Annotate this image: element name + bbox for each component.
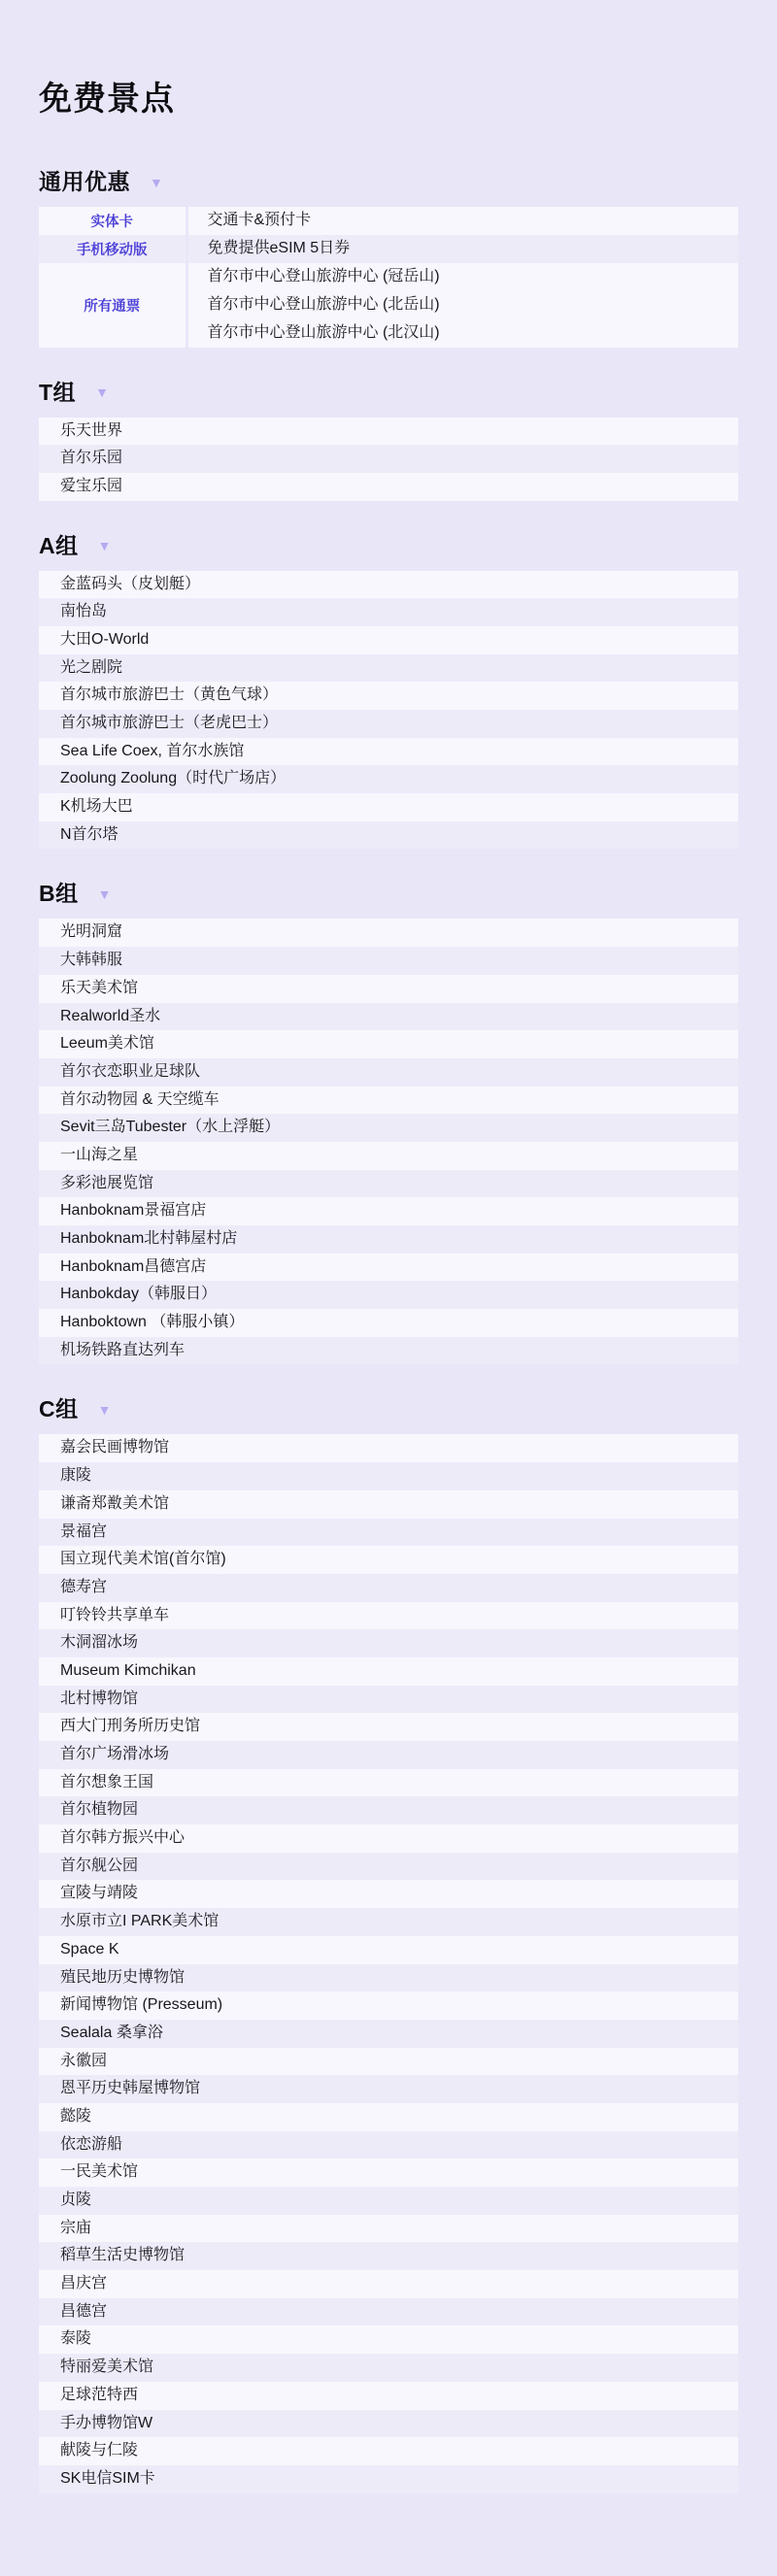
group-title-t: T组 [39, 375, 76, 407]
list-item: 景福宫 [39, 1519, 738, 1547]
benefits-table-row: 所有通票首尔市中心登山旅游中心 (冠岳山)首尔市中心登山旅游中心 (北岳山)首尔… [39, 263, 738, 348]
list-item: 北村博物馆 [39, 1686, 738, 1714]
list-item: Hanbokday（韩服日） [39, 1281, 738, 1309]
list-item: 首尔城市旅游巴士（黄色气球） [39, 682, 738, 710]
list-item: 恩平历史韩屋博物馆 [39, 2075, 738, 2103]
list-item: 光之剧院 [39, 654, 738, 683]
list-item: 首尔韩方振兴中心 [39, 1824, 738, 1853]
list-item: 叮铃铃共享单车 [39, 1602, 738, 1630]
list-item: 大田O-World [39, 626, 738, 654]
list-item: 宣陵与靖陵 [39, 1880, 738, 1908]
benefits-value-line: 首尔市中心登山旅游中心 (冠岳山) [208, 263, 739, 291]
group-title-a: A组 [39, 528, 79, 560]
section-group-b: B组▼光明洞窟大韩韩服乐天美术馆Realworld圣水Leeum美术馆首尔衣恋职… [39, 876, 738, 1364]
group-header-c[interactable]: C组▼ [39, 1391, 738, 1423]
list-item: Zoolung Zoolung（时代广场店） [39, 765, 738, 793]
section-group-c: C组▼嘉会民画博物馆康陵谦斋郑敾美术馆景福宫国立现代美术馆(首尔馆)德寿宫叮铃铃… [39, 1391, 738, 2492]
list-item: K机场大巴 [39, 793, 738, 821]
list-item: 首尔舰公园 [39, 1853, 738, 1881]
list-item: 永徽园 [39, 2048, 738, 2076]
list-item: 殖民地历史博物馆 [39, 1964, 738, 1992]
list-item: 木洞溜冰场 [39, 1629, 738, 1657]
list-item: 贞陵 [39, 2187, 738, 2215]
list-item: 首尔乐园 [39, 445, 738, 473]
list-item: 特丽爱美术馆 [39, 2354, 738, 2382]
group-title-b: B组 [39, 876, 79, 908]
list-item: 昌庆宫 [39, 2270, 738, 2298]
list-item: 稻草生活史博物馆 [39, 2242, 738, 2270]
benefits-table: 实体卡交通卡&预付卡手机移动版免费提供eSIM 5日券所有通票首尔市中心登山旅游… [39, 207, 738, 348]
list-item: N首尔塔 [39, 821, 738, 850]
list-item: 机场铁路直达列车 [39, 1337, 738, 1365]
list-item: 首尔城市旅游巴士（老虎巴士） [39, 710, 738, 738]
group-list-c: 嘉会民画博物馆康陵谦斋郑敾美术馆景福宫国立现代美术馆(首尔馆)德寿宫叮铃铃共享单… [39, 1434, 738, 2492]
list-item: 南怡岛 [39, 598, 738, 626]
list-item: Hanboknam北村韩屋村店 [39, 1225, 738, 1254]
benefits-value-line: 交通卡&预付卡 [208, 207, 739, 235]
group-list-b: 光明洞窟大韩韩服乐天美术馆Realworld圣水Leeum美术馆首尔衣恋职业足球… [39, 919, 738, 1364]
benefits-value-line: 免费提供eSIM 5日券 [208, 235, 739, 263]
benefits-value-line: 首尔市中心登山旅游中心 (北汉山) [208, 319, 739, 348]
list-item: 泰陵 [39, 2325, 738, 2354]
list-item: 足球范特西 [39, 2382, 738, 2410]
list-item: 多彩池展览馆 [39, 1170, 738, 1198]
list-item: 西大门刑务所历史馆 [39, 1713, 738, 1741]
section-group-t: T组▼乐天世界首尔乐园爱宝乐园 [39, 375, 738, 501]
list-item: Sea Life Coex, 首尔水族馆 [39, 738, 738, 766]
list-item: 新闻博物馆 (Presseum) [39, 1991, 738, 2020]
list-item: 依恋游船 [39, 2131, 738, 2159]
list-item: Hanboktown （韩服小镇） [39, 1309, 738, 1337]
list-item: 首尔广场滑冰场 [39, 1741, 738, 1769]
benefits-row-values: 首尔市中心登山旅游中心 (冠岳山)首尔市中心登山旅游中心 (北岳山)首尔市中心登… [186, 263, 738, 348]
list-item: Museum Kimchikan [39, 1657, 738, 1686]
list-item: 首尔动物园 & 天空缆车 [39, 1087, 738, 1115]
group-header-b[interactable]: B组▼ [39, 876, 738, 908]
list-item: 首尔衣恋职业足球队 [39, 1058, 738, 1087]
group-title-c: C组 [39, 1391, 79, 1423]
section-header-general[interactable]: 通用优惠 ▼ [39, 164, 738, 196]
list-item: 首尔想象王国 [39, 1769, 738, 1797]
list-item: 谦斋郑敾美术馆 [39, 1490, 738, 1519]
chevron-down-icon[interactable]: ▼ [150, 172, 163, 189]
list-item: 光明洞窟 [39, 919, 738, 947]
section-general: 通用优惠 ▼ 实体卡交通卡&预付卡手机移动版免费提供eSIM 5日券所有通票首尔… [39, 164, 738, 348]
section-title-general: 通用优惠 [39, 164, 130, 196]
list-item: SK电信SIM卡 [39, 2465, 738, 2493]
list-item: Realworld圣水 [39, 1003, 738, 1031]
list-item: 嘉会民画博物馆 [39, 1434, 738, 1462]
list-item: 一民美术馆 [39, 2158, 738, 2187]
list-item: Hanboknam景福宫店 [39, 1197, 738, 1225]
group-list-t: 乐天世界首尔乐园爱宝乐园 [39, 418, 738, 501]
list-item: 宗庙 [39, 2215, 738, 2243]
chevron-down-icon[interactable]: ▼ [98, 535, 112, 552]
list-item: 爱宝乐园 [39, 473, 738, 501]
group-header-a[interactable]: A组▼ [39, 528, 738, 560]
benefits-row-label: 手机移动版 [39, 235, 186, 263]
list-item: 国立现代美术馆(首尔馆) [39, 1546, 738, 1574]
list-item: Hanboknam昌德宫店 [39, 1254, 738, 1282]
list-item: 大韩韩服 [39, 947, 738, 975]
list-item: Sealala 桑拿浴 [39, 2020, 738, 2048]
list-item: 昌德宫 [39, 2298, 738, 2326]
list-item: 懿陵 [39, 2103, 738, 2131]
benefits-table-row: 实体卡交通卡&预付卡 [39, 207, 738, 235]
list-item: Leeum美术馆 [39, 1030, 738, 1058]
list-item: Sevit三岛Tubester（水上浮艇） [39, 1114, 738, 1142]
page-title: 免费景点 [39, 72, 738, 119]
list-item: 手办博物馆W [39, 2410, 738, 2438]
benefits-row-values: 交通卡&预付卡 [186, 207, 738, 235]
benefits-row-label: 所有通票 [39, 263, 186, 348]
list-item: 康陵 [39, 1462, 738, 1490]
list-item: 水原市立I PARK美术馆 [39, 1908, 738, 1936]
list-item: 乐天美术馆 [39, 975, 738, 1003]
group-sections: T组▼乐天世界首尔乐园爱宝乐园A组▼金蓝码头（皮划艇）南怡岛大田O-World光… [39, 375, 738, 2493]
group-list-a: 金蓝码头（皮划艇）南怡岛大田O-World光之剧院首尔城市旅游巴士（黄色气球）首… [39, 571, 738, 850]
list-item: 乐天世界 [39, 418, 738, 446]
chevron-down-icon[interactable]: ▼ [98, 1399, 112, 1417]
chevron-down-icon[interactable]: ▼ [95, 382, 109, 399]
list-item: 德寿宫 [39, 1574, 738, 1602]
section-group-a: A组▼金蓝码头（皮划艇）南怡岛大田O-World光之剧院首尔城市旅游巴士（黄色气… [39, 528, 738, 850]
benefits-row-label: 实体卡 [39, 207, 186, 235]
group-header-t[interactable]: T组▼ [39, 375, 738, 407]
benefits-value-line: 首尔市中心登山旅游中心 (北岳山) [208, 291, 739, 319]
list-item: Space K [39, 1936, 738, 1964]
list-item: 首尔植物园 [39, 1796, 738, 1824]
list-item: 金蓝码头（皮划艇） [39, 571, 738, 599]
chevron-down-icon[interactable]: ▼ [98, 884, 112, 901]
list-item: 一山海之星 [39, 1142, 738, 1170]
list-item: 献陵与仁陵 [39, 2437, 738, 2465]
benefits-row-values: 免费提供eSIM 5日券 [186, 235, 738, 263]
benefits-table-row: 手机移动版免费提供eSIM 5日券 [39, 235, 738, 263]
